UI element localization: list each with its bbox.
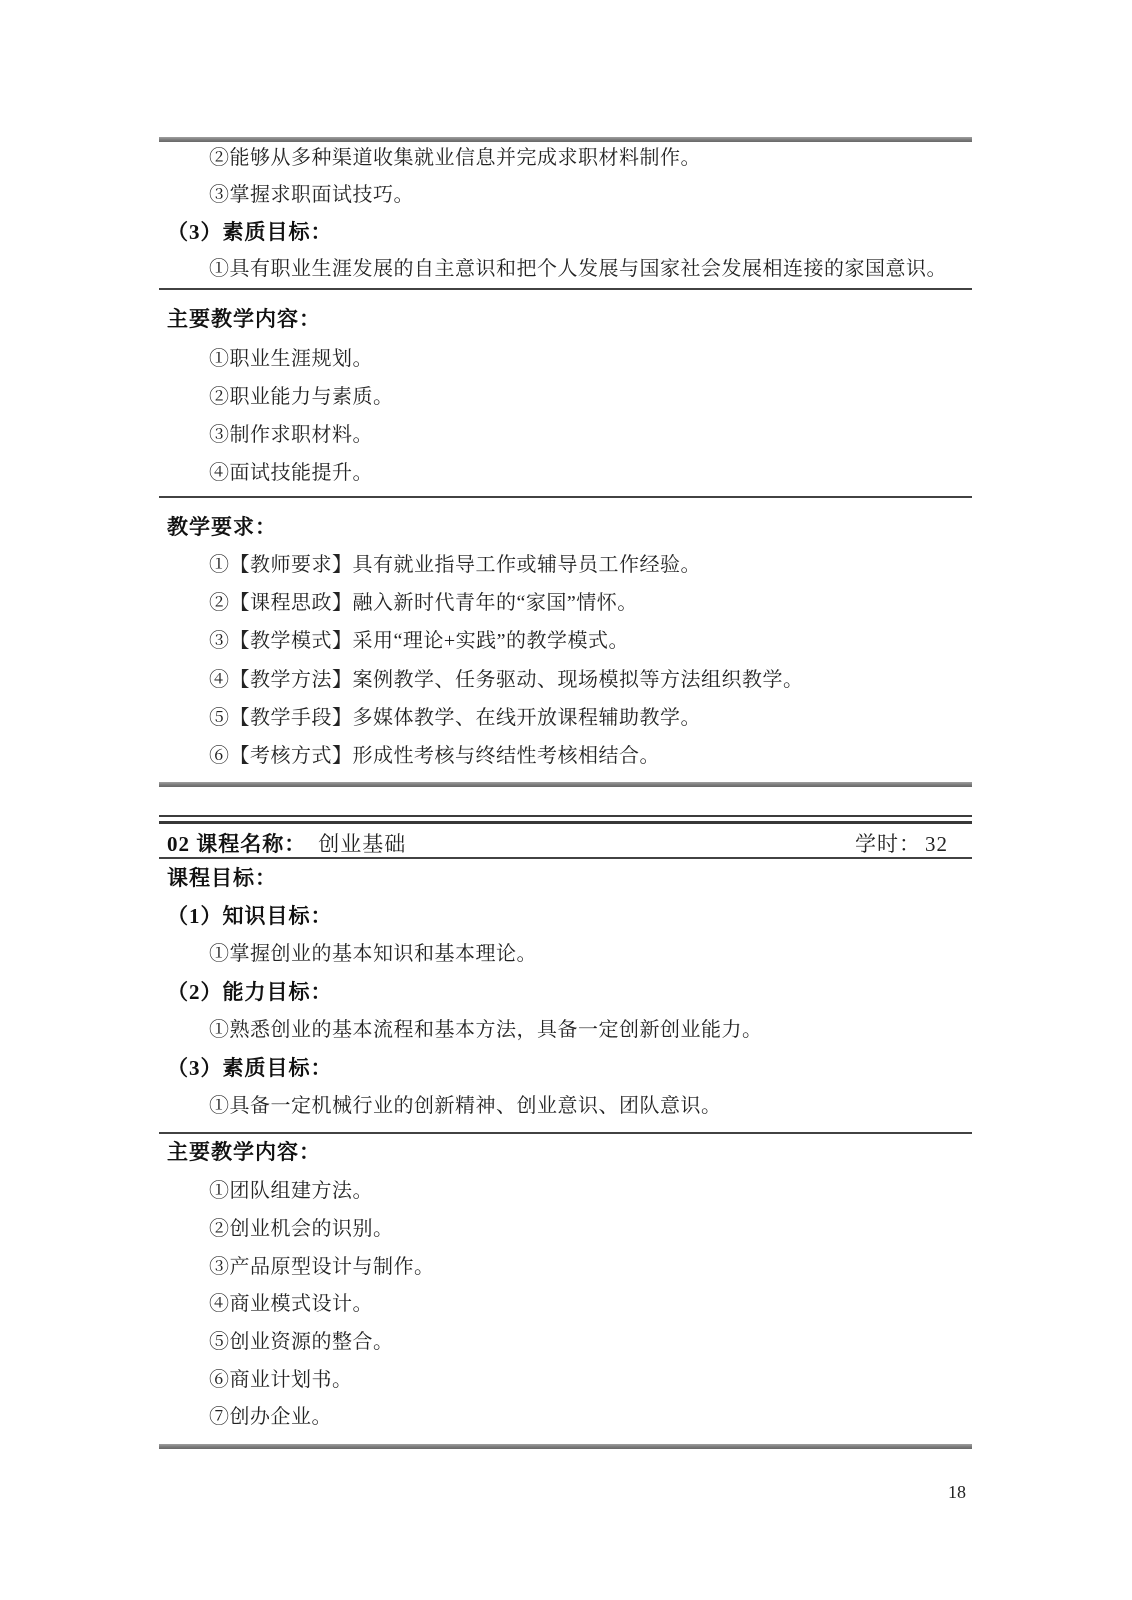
- table1-top-continuation-border: [159, 137, 972, 142]
- course-number-label: 02 课程名称：: [167, 832, 306, 856]
- quality-objective-subheader: （3）素质目标：: [159, 221, 972, 244]
- teaching-requirements-header: 教学要求：: [159, 516, 972, 539]
- content-item: ⑤创业资源的整合。: [159, 1331, 972, 1354]
- requirement-item: ④【教学方法】案例教学、任务驱动、现场模拟等方法组织教学。: [159, 669, 972, 692]
- ability-objective-subheader: （2）能力目标：: [159, 981, 972, 1004]
- requirement-item: ②【课程思政】融入新时代青年的“家国”情怀。: [159, 592, 972, 615]
- quality-objective-subheader: （3）素质目标：: [159, 1057, 972, 1080]
- table1-bottom-border: [159, 782, 972, 787]
- requirement-item: ①【教师要求】具有就业指导工作或辅导员工作经验。: [159, 554, 972, 577]
- content-item: ⑥商业计划书。: [159, 1369, 972, 1392]
- course-title-row: 02 课程名称：创业基础 学时：32: [159, 828, 972, 858]
- knowledge-objective-subheader: （1）知识目标：: [159, 905, 972, 928]
- course-hours: 学时：32: [855, 828, 948, 858]
- row-divider: [159, 496, 972, 498]
- content-item: ②创业机会的识别。: [159, 1218, 972, 1241]
- objective-item: ③掌握求职面试技巧。: [159, 184, 972, 207]
- requirement-item: ③【教学模式】采用“理论+实践”的教学模式。: [159, 630, 972, 653]
- course-name: 创业基础: [318, 832, 406, 856]
- objective-item: ①掌握创业的基本知识和基本理论。: [159, 943, 972, 966]
- content-item: ④面试技能提升。: [159, 462, 972, 485]
- content-item: ②职业能力与素质。: [159, 386, 972, 409]
- objective-item: ①熟悉创业的基本流程和基本方法，具备一定创新创业能力。: [159, 1019, 972, 1042]
- content-item: ③产品原型设计与制作。: [159, 1256, 972, 1279]
- requirement-item: ⑤【教学手段】多媒体教学、在线开放课程辅助教学。: [159, 707, 972, 730]
- teaching-content-header: 主要教学内容：: [159, 308, 972, 331]
- content-item: ⑦创办企业。: [159, 1406, 972, 1429]
- row-divider: [159, 857, 972, 859]
- content-item: ①职业生涯规划。: [159, 348, 972, 371]
- content-item: ④商业模式设计。: [159, 1293, 972, 1316]
- objective-item: ②能够从多种渠道收集就业信息并完成求职材料制作。: [159, 147, 972, 170]
- content-item: ①团队组建方法。: [159, 1180, 972, 1203]
- hours-label: 学时：: [855, 832, 921, 856]
- table2-top-border: [159, 815, 972, 824]
- table2-bottom-continuation-border: [159, 1444, 972, 1449]
- content-item: ③制作求职材料。: [159, 424, 972, 447]
- hours-value: 32: [925, 832, 948, 856]
- document-page: { "page": { "number": "18" }, "course1":…: [0, 0, 1132, 1600]
- requirement-item: ⑥【考核方式】形成性考核与终结性考核相结合。: [159, 745, 972, 768]
- course-objectives-header: 课程目标：: [159, 867, 972, 890]
- page-number: 18: [948, 1482, 966, 1503]
- teaching-content-header: 主要教学内容：: [159, 1141, 972, 1164]
- objective-item: ①具有职业生涯发展的自主意识和把个人发展与国家社会发展相连接的家国意识。: [159, 258, 972, 281]
- objective-item: ①具备一定机械行业的创新精神、创业意识、团队意识。: [159, 1095, 972, 1118]
- row-divider: [159, 288, 972, 290]
- row-divider: [159, 1132, 972, 1134]
